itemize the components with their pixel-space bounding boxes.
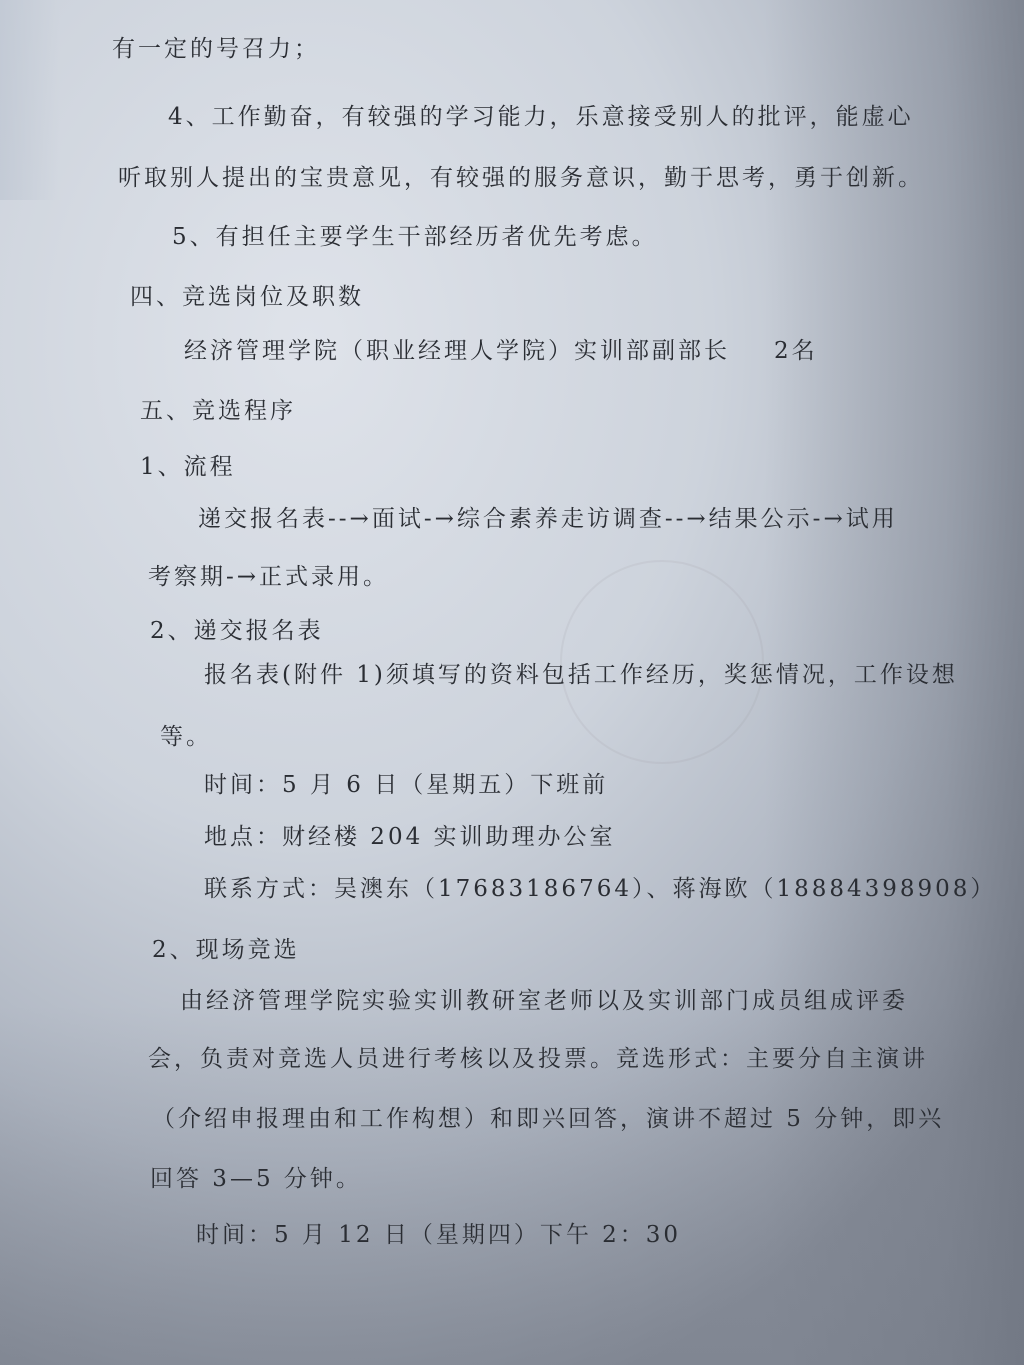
election-description-line-1: 由经济管理学院实验实训教研室老师以及实训部门成员组成评委 xyxy=(180,986,908,1016)
election-description-line-3: （介绍申报理由和工作构想）和即兴回答，演讲不超过 5 分钟，即兴 xyxy=(152,1104,944,1134)
text-line-leadership: 有一定的号召力； xyxy=(112,34,320,64)
form-requirements-line-2: 等。 xyxy=(160,722,212,752)
election-time: 时间：5 月 12 日（星期四）下午 2：30 xyxy=(196,1220,681,1250)
submission-location: 地点：财经楼 204 实训助理办公室 xyxy=(204,822,616,852)
subsection-onsite-election-heading: 2、现场竞选 xyxy=(152,935,300,965)
process-flow-line-2: 考察期-→正式录用。 xyxy=(148,562,389,592)
position-name: 经济管理学院（职业经理人学院）实训部副部长 xyxy=(184,336,730,366)
paper-shadow-left xyxy=(0,0,60,200)
section-5-heading: 五、竞选程序 xyxy=(140,396,296,426)
requirement-4-line-2: 听取别人提出的宝贵意见，有较强的服务意识，勤于思考，勇于创新。 xyxy=(118,163,924,193)
section-4-heading: 四、竞选岗位及职数 xyxy=(130,282,364,312)
subsection-process-heading: 1、流程 xyxy=(140,452,236,482)
subsection-submit-form-heading: 2、递交报名表 xyxy=(150,616,324,646)
election-description-line-4: 回答 3—5 分钟。 xyxy=(150,1164,362,1194)
contact-info: 联系方式：吴澳东（17683186764）、蒋海欧（18884398908） xyxy=(204,874,996,904)
submission-time: 时间：5 月 6 日（星期五）下班前 xyxy=(204,770,608,800)
election-description-line-2: 会，负责对竞选人员进行考核以及投票。竞选形式：主要分自主演讲 xyxy=(148,1044,928,1074)
form-requirements-line-1: 报名表(附件 1)须填写的资料包括工作经历，奖惩情况，工作设想 xyxy=(204,660,958,690)
requirement-5: 5、有担任主要学生干部经历者优先考虑。 xyxy=(172,222,658,252)
document-page: 有一定的号召力； 4、工作勤奋，有较强的学习能力，乐意接受别人的批评，能虚心 听… xyxy=(0,0,1024,1365)
position-count: 2名 xyxy=(774,336,818,366)
process-flow-line-1: 递交报名表--→面试-→综合素养走访调查--→结果公示-→试用 xyxy=(198,504,898,534)
requirement-4-line-1: 4、工作勤奋，有较强的学习能力，乐意接受别人的批评，能虚心 xyxy=(168,102,914,132)
